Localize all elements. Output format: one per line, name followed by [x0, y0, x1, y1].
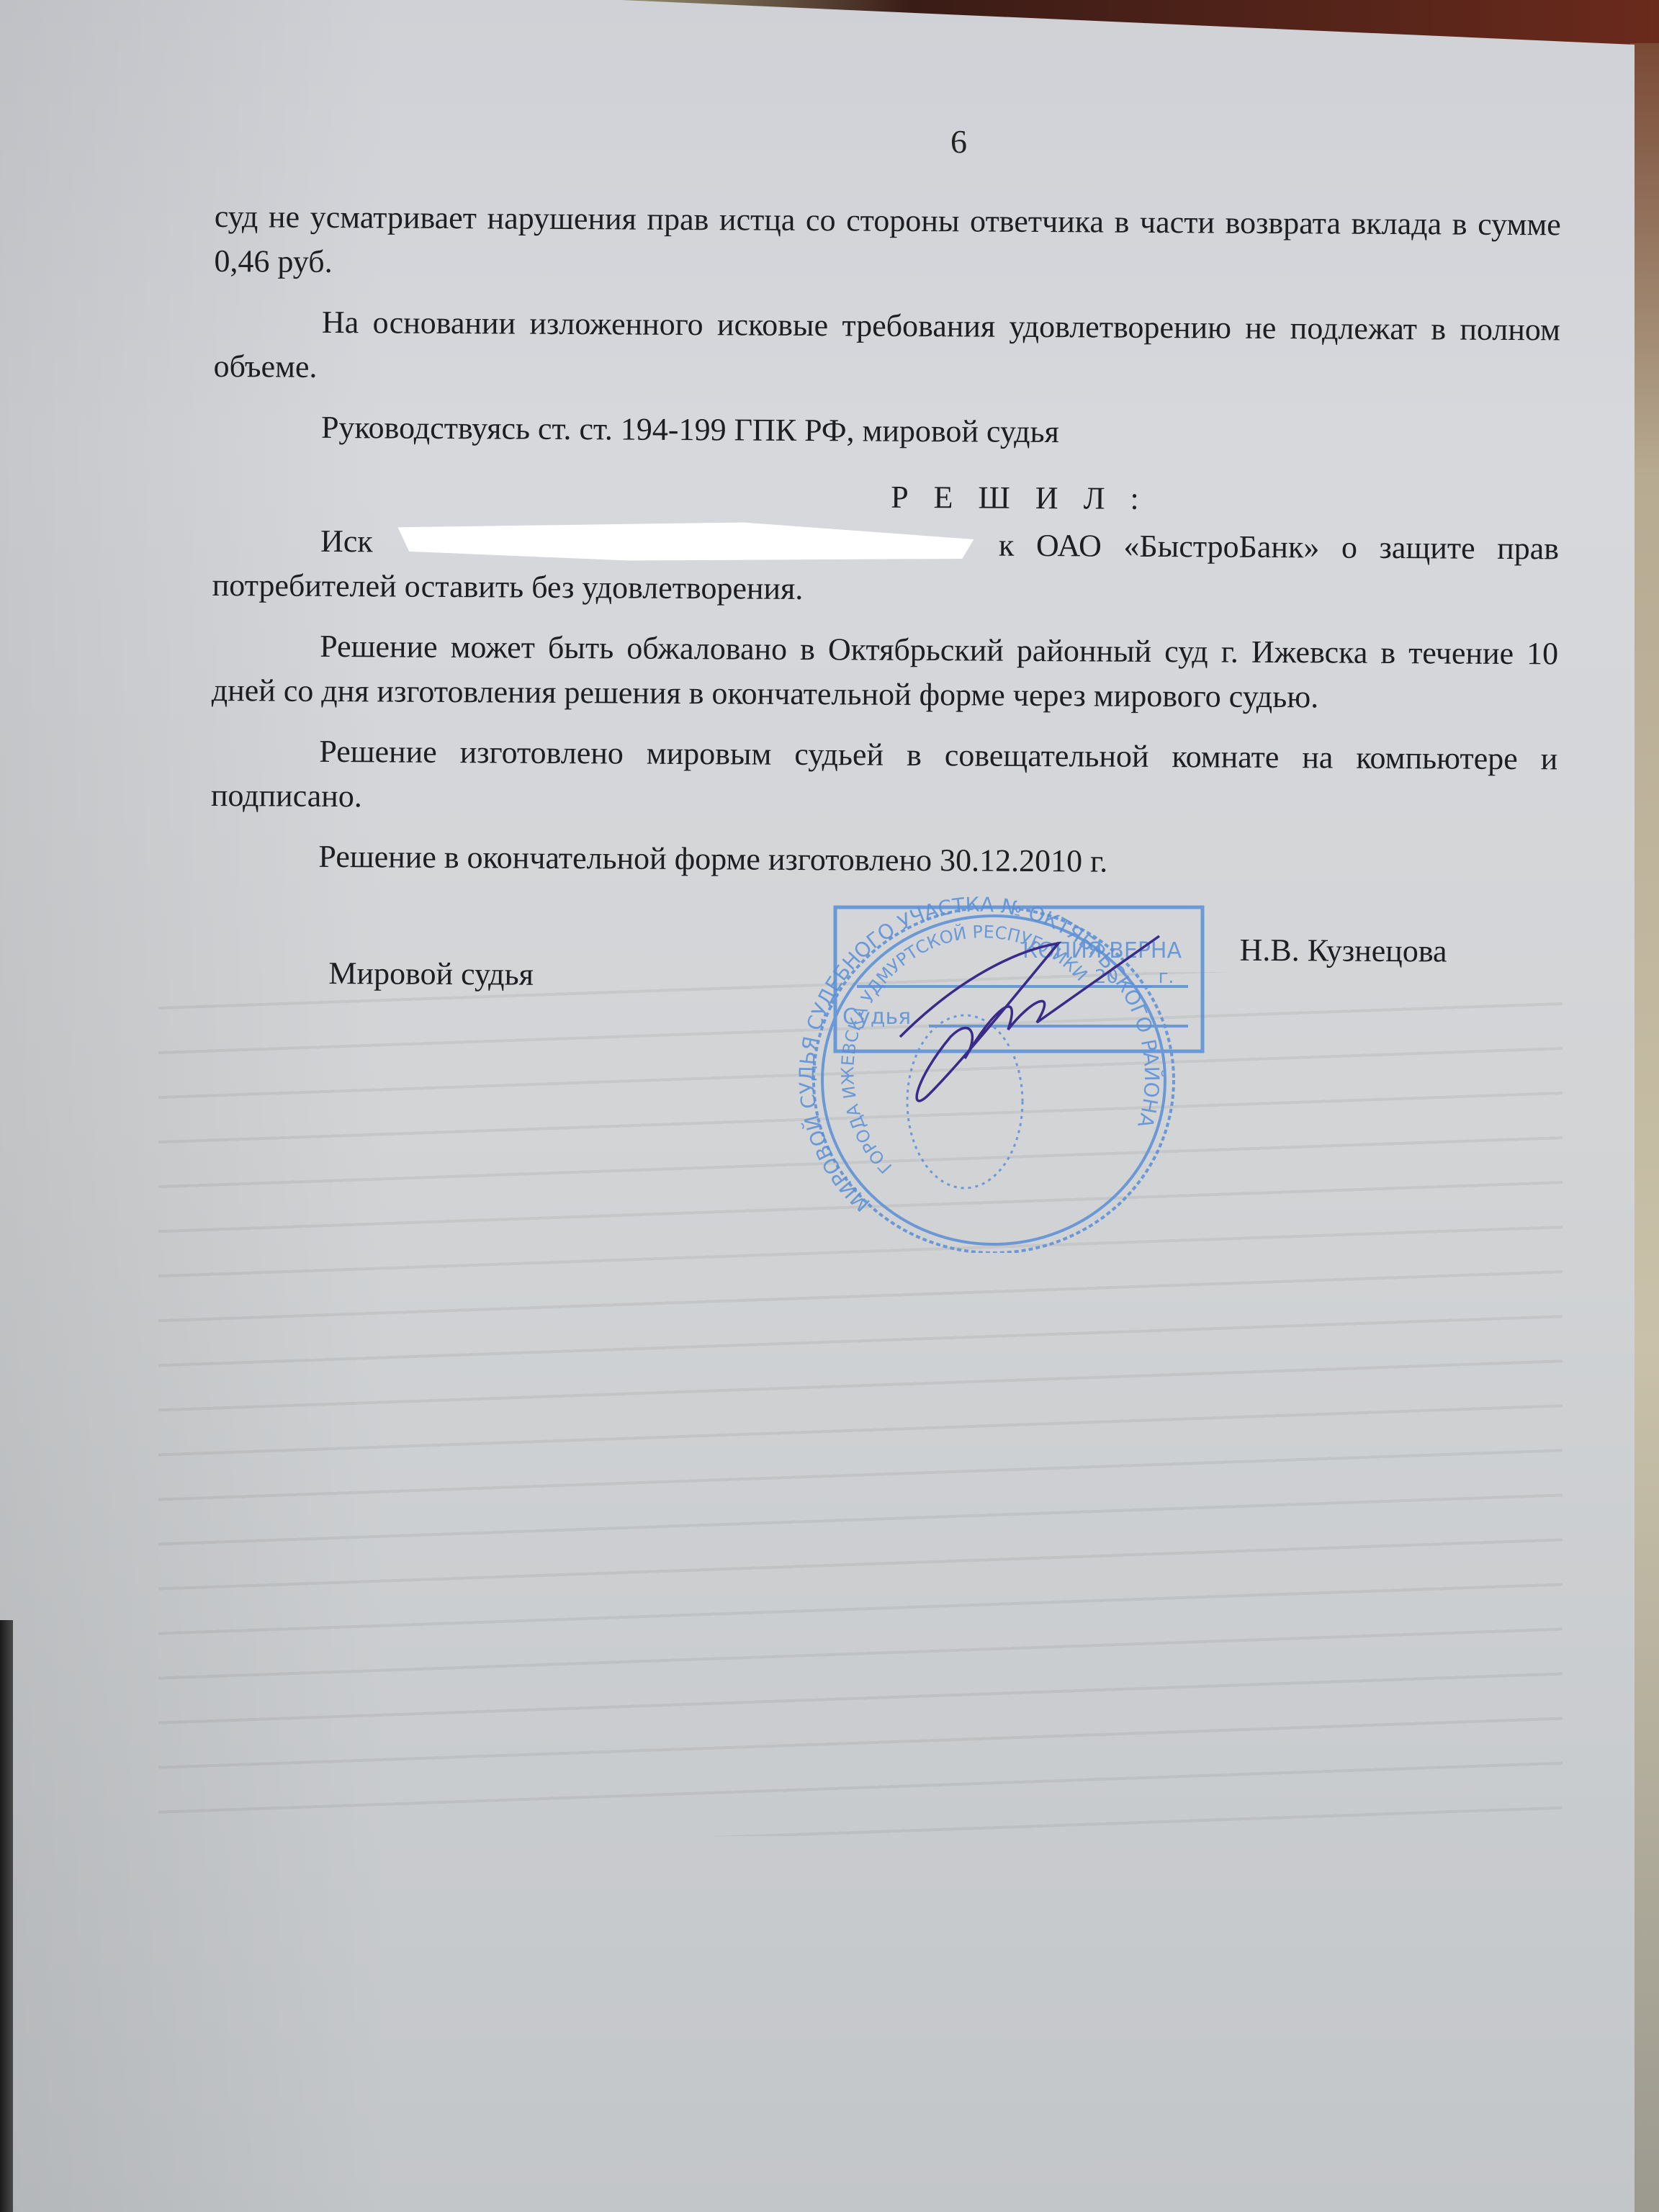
reverse-side-bleed-through: [158, 972, 1563, 1836]
binder-spine: [0, 1620, 13, 2212]
decision-heading: Р Е Ш И Л :: [212, 471, 1559, 523]
paragraph-final-form-date: Решение в окончательной форме изготовлен…: [210, 834, 1557, 886]
paragraph-appeal: Решение может быть обжаловано в Октябрьс…: [212, 624, 1559, 721]
paragraph-decision-claim: Иск к ОАО «БыстроБанк» о защите прав пот…: [212, 518, 1559, 616]
background-right-edge: [1630, 43, 1659, 2212]
claim-prefix: Иск: [320, 523, 373, 559]
signature-row: Мировой судья Н.В. Кузнецова: [210, 922, 1557, 1016]
paragraph-court-finding: суд не усматривает нарушения прав истца …: [214, 194, 1561, 292]
document-body: суд не усматривает нарушения прав истца …: [210, 194, 1561, 1016]
judge-role-label: Мировой судья: [328, 951, 534, 997]
redacted-plaintiff-name: [397, 521, 974, 563]
page-number: 6: [950, 122, 967, 161]
judge-name: Н.В. Кузнецова: [1239, 928, 1447, 974]
paragraph-claims-rejected: На основании изложенного исковые требова…: [213, 300, 1560, 397]
paragraph-prepared: Решение изготовлено мировым судьей в сов…: [211, 729, 1558, 826]
paragraph-legal-basis: Руководствуясь ст. ст. 194-199 ГПК РФ, м…: [213, 405, 1560, 457]
